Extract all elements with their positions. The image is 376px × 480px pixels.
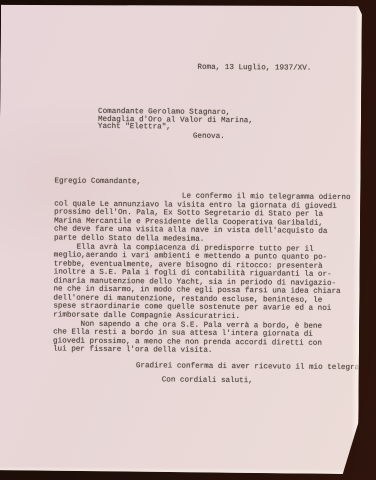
photo-background: Roma, 13 Luglio, 1937/XV. Comandante Ger… xyxy=(0,0,376,480)
body-paragraph-2: Ella avrà la compiacenza di predisporre … xyxy=(53,243,341,322)
dateline: Roma, 13 Luglio, 1937/XV. xyxy=(197,64,311,73)
letter-paper: Roma, 13 Luglio, 1937/XV. Comandante Ger… xyxy=(0,3,362,474)
body-paragraph-1: Le confermo il mio telegramma odierno co… xyxy=(54,191,351,245)
recipient-address: Comandante Gerolamo Stagnaro, Medaglia d… xyxy=(98,109,253,133)
salutation: Egregio Comandante, xyxy=(54,177,141,186)
recipient-city: Genova. xyxy=(193,133,225,142)
valediction: Con cordiali saluti, xyxy=(162,376,253,385)
confirmation-line: Gradirei conferma di aver ricevuto il mi… xyxy=(136,362,376,373)
paper-edge-highlight-right xyxy=(351,6,362,474)
paper-edge-highlight-bottom xyxy=(0,466,358,474)
body-paragraph-3: Non sapendo a che ora S.E. Pala verrà a … xyxy=(53,320,322,356)
